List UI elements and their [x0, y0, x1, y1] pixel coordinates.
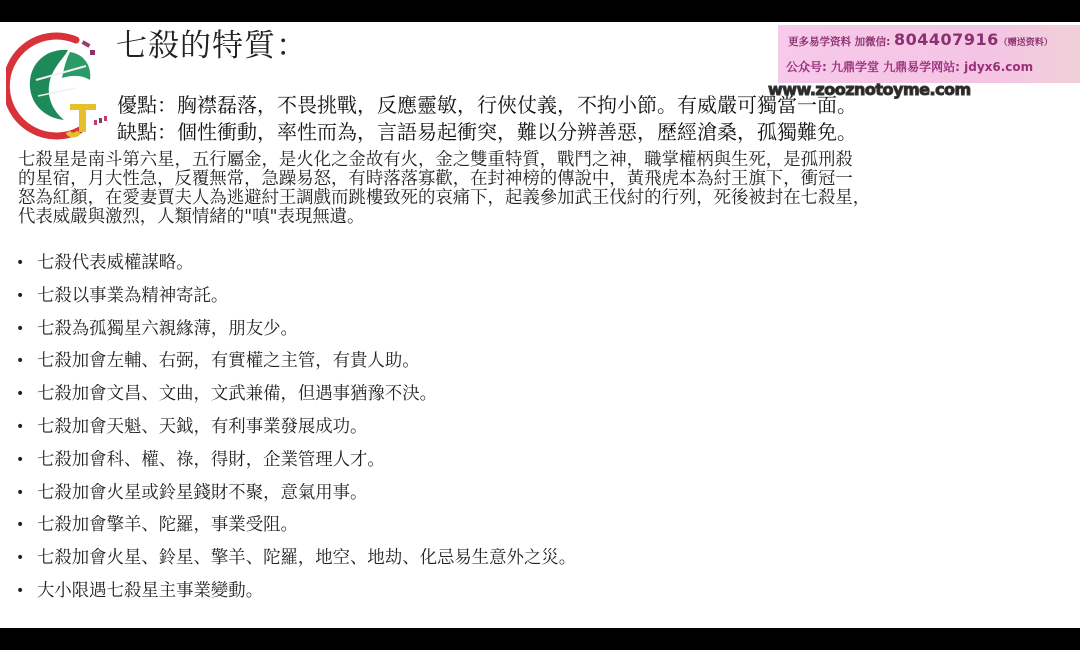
list-item: •七殺加會火星、鈴星、擎羊、陀羅，地空、地劫、化忌易生意外之災。: [0, 547, 576, 580]
list-item-text: 七殺加會火星、鈴星、擎羊、陀羅，地空、地劫、化忌易生意外之災。: [37, 548, 576, 568]
list-item: •七殺加會科、權、祿，得財，企業管理人才。: [0, 449, 576, 482]
traits-bullet-list: •七殺代表威權謀略。 •七殺以事業為精神寄託。 •七殺為孤獨星六親緣薄，朋友少。…: [0, 252, 576, 613]
bullet-icon: •: [16, 547, 24, 569]
list-item-text: 七殺加會左輔、右弼，有實權之主管，有貴人助。: [37, 351, 420, 371]
list-item: •七殺加會擎羊、陀羅，事業受阻。: [0, 514, 576, 547]
description-line: 的星宿，月大性急，反覆無常，急躁易怒，有時落落寡歡，在封神榜的傳說中，黃飛虎本為…: [18, 170, 1018, 189]
bullet-icon: •: [16, 285, 24, 307]
brand-logo-icon: [6, 30, 110, 142]
list-item: •七殺加會火星或鈴星錢財不聚，意氣用事。: [0, 482, 576, 515]
bullet-icon: •: [16, 482, 24, 504]
list-item: •七殺為孤獨星六親緣薄，朋友少。: [0, 318, 576, 351]
list-item-text: 七殺代表威權謀略。: [37, 253, 194, 273]
letterbox-bottom: [0, 628, 1080, 650]
bullet-icon: •: [16, 252, 24, 274]
watermark-suffix: （赠送资料）: [999, 38, 1053, 48]
pros-line: 優點：胸襟磊落，不畏挑戰，反應靈敏，行俠仗義，不拘小節。有威嚴可獨當一面。: [117, 92, 857, 119]
watermark-website-line: 公众号: 九鼎学堂 九鼎易学网站: jdyx6.com: [786, 58, 1033, 75]
list-item: •七殺加會左輔、右弼，有實權之主管，有貴人助。: [0, 350, 576, 383]
description-line: 代表威嚴與激烈，人類情緒的"嗔"表現無遺。: [18, 208, 1018, 227]
list-item: •七殺加會文昌、文曲，文武兼備，但遇事猶豫不決。: [0, 383, 576, 416]
bullet-icon: •: [16, 449, 24, 471]
bullet-icon: •: [16, 350, 24, 372]
slide-title: 七殺的特質：: [116, 26, 308, 66]
bullet-icon: •: [16, 580, 24, 602]
pros-cons-block: 優點：胸襟磊落，不畏挑戰，反應靈敏，行俠仗義，不拘小節。有威嚴可獨當一面。 缺點…: [117, 92, 857, 146]
letterbox-top: [0, 0, 1080, 22]
list-item-text: 大小限遇七殺星主事業變動。: [37, 581, 263, 601]
list-item-text: 七殺加會火星或鈴星錢財不聚，意氣用事。: [37, 483, 367, 503]
description-paragraph: 七殺星是南斗第六星，五行屬金，是火化之金故有火，金之雙重特質，戰鬥之神，職掌權柄…: [18, 151, 1018, 227]
list-item-text: 七殺加會擎羊、陀羅，事業受阻。: [37, 515, 298, 535]
bullet-icon: •: [16, 416, 24, 438]
description-line: 七殺星是南斗第六星，五行屬金，是火化之金故有火，金之雙重特質，戰鬥之神，職掌權柄…: [18, 151, 1018, 170]
bullet-icon: •: [16, 383, 24, 405]
list-item-text: 七殺以事業為精神寄託。: [37, 286, 228, 306]
list-item: •七殺加會天魁、天鉞，有利事業發展成功。: [0, 416, 576, 449]
list-item-text: 七殺為孤獨星六親緣薄，朋友少。: [37, 319, 298, 339]
watermark-prefix: 更多易学资料 加微信:: [788, 36, 894, 48]
watermark-banner: 更多易学资料 加微信: 804407916（赠送资料） 公众号: 九鼎学堂 九鼎…: [778, 25, 1080, 83]
bullet-icon: •: [16, 514, 24, 536]
list-item: •大小限遇七殺星主事業變動。: [0, 580, 576, 613]
list-item: •七殺代表威權謀略。: [0, 252, 576, 285]
description-line: 怒為紅顏，在愛妻賈夫人為逃避紂王調戲而跳樓致死的哀痛下，起義參加武王伐紂的行列，…: [18, 189, 1018, 208]
wechat-number: 804407916: [894, 30, 999, 49]
list-item-text: 七殺加會天魁、天鉞，有利事業發展成功。: [37, 417, 367, 437]
bullet-icon: •: [16, 318, 24, 340]
watermark-contact-line: 更多易学资料 加微信: 804407916（赠送资料）: [788, 30, 1053, 49]
list-item-text: 七殺加會科、權、祿，得財，企業管理人才。: [37, 450, 385, 470]
presentation-slide: 七殺的特質： 優點：胸襟磊落，不畏挑戰，反應靈敏，行俠仗義，不拘小節。有威嚴可獨…: [0, 22, 1080, 628]
cons-line: 缺點：個性衝動，率性而為，言語易起衝突，難以分辨善惡，歷經滄桑，孤獨難免。: [117, 119, 857, 146]
list-item-text: 七殺加會文昌、文曲，文武兼備，但遇事猶豫不決。: [37, 384, 437, 404]
list-item: •七殺以事業為精神寄託。: [0, 285, 576, 318]
